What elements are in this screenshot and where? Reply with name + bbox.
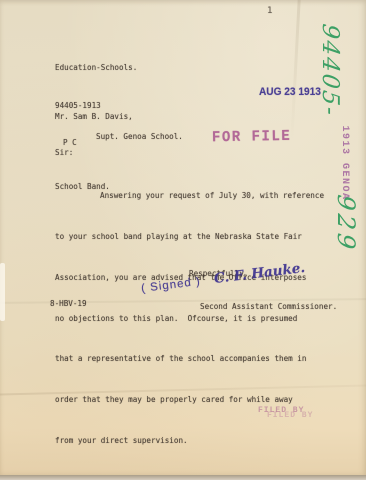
recipient-title: Supt. Genoa School. <box>96 130 183 144</box>
signer-title: Second Assistant Commissioner. <box>200 300 337 314</box>
handwritten-file-number: 94405- <box>313 22 347 111</box>
for-file-stamp: FOR FILE <box>212 128 292 147</box>
scan-background-edge <box>0 475 366 480</box>
handwritten-doc-number: 929 <box>329 193 363 268</box>
salutation: Sir: <box>55 146 73 160</box>
page-number: 1 <box>267 5 272 19</box>
body-line: from your direct supervision. <box>55 434 324 448</box>
received-date-stamp: AUG 23 1913 <box>259 86 321 98</box>
document-scan: 1 Education-Schools. 94405-1913 P C Scho… <box>0 0 366 480</box>
classification-line: Education-Schools. <box>55 63 137 73</box>
body-line: order that they may be properly cared fo… <box>55 393 324 407</box>
body-line: that a representative of the school acco… <box>55 352 324 366</box>
recipient-name: Mr. Sam B. Davis, <box>55 110 133 124</box>
body-line: to your school band playing at the Nebra… <box>55 230 324 244</box>
paper-edge-highlight <box>0 263 5 321</box>
letter-page: 1 Education-Schools. 94405-1913 P C Scho… <box>0 0 366 475</box>
paper-crease-vertical <box>290 0 300 140</box>
letter-body: Answering your request of July 30, with … <box>55 162 324 475</box>
reference-code: 8-HBV-19 <box>50 297 87 311</box>
body-line: Answering your request of July 30, with … <box>55 189 324 203</box>
filed-by-stamp-echo: FILED BY <box>267 411 313 420</box>
